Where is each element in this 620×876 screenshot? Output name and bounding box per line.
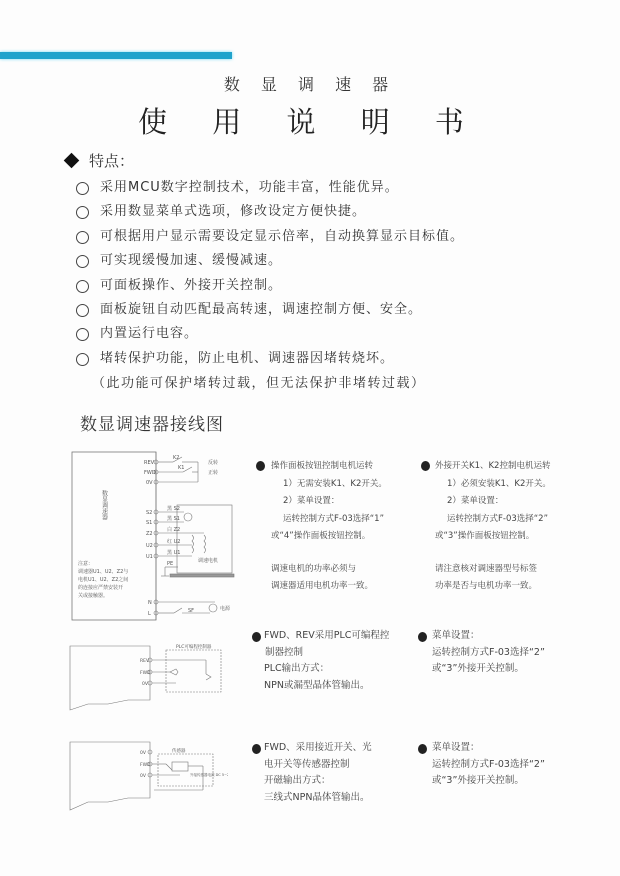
circle-bullet-icon: [76, 328, 89, 341]
svg-text:关或接触器。: 关或接触器。: [78, 592, 108, 599]
circle-bullet-icon: [76, 353, 89, 366]
wiring-diagram-main: REV FWD 0V S2 S1 Z2 U2 U1 N L K2 K1 反转 正…: [70, 450, 245, 625]
wiring-diagram-plc: REV FWD 0V PLC可编程控制器: [68, 640, 228, 715]
circle-bullet-icon: [76, 255, 89, 268]
svg-text:外接传感器电源 DC 5~24V: 外接传感器电源 DC 5~24V: [190, 772, 228, 777]
circle-bullet-icon: [76, 182, 89, 195]
plc-menu-settings: 菜单设置： 运转控制方式F-03选择“2” 或“3”外接开关控制。: [432, 628, 545, 678]
svg-text:REV: REV: [140, 658, 150, 664]
feature-note: （此功能可保护堵转过载，但无法保护非堵转过载）: [92, 372, 426, 391]
svg-text:正转: 正转: [208, 469, 218, 476]
feature-item: 可面板操作、外接开关控制。: [76, 276, 464, 300]
svg-text:REV: REV: [144, 460, 155, 466]
svg-text:K1: K1: [178, 465, 184, 471]
bullet-dot-icon: [418, 632, 427, 642]
svg-text:K2: K2: [173, 455, 179, 461]
svg-text:U1: U1: [146, 554, 153, 560]
doc-title: 使 用 说 明 书: [0, 100, 620, 141]
svg-text:电机U1、U2、Z2之间: 电机U1、U2、Z2之间: [78, 576, 128, 583]
svg-text:0V: 0V: [140, 750, 147, 756]
features-list: 采用MCU数字控制技术，功能丰富，性能优异。 采用数显菜单式选项，修改设定方便快…: [76, 178, 464, 373]
svg-text:反转: 反转: [208, 459, 218, 466]
circle-bullet-icon: [76, 231, 89, 244]
wiring-section-title: 数显调速器接线图: [80, 410, 224, 435]
svg-text:黑 S2: 黑 S2: [167, 505, 180, 512]
feature-item: 堵转保护功能，防止电机、调速器因堵转烧坏。: [76, 349, 464, 373]
mode-panel-instructions: 操作面板按钮控制电机运转 1）无需安装K1、K2开关。 2）菜单设置： 运转控制…: [271, 458, 387, 596]
sensor-description: FWD、采用接近开关、光 电开关等传感器控制 开磁输出方式： 三线式NPN晶体管…: [264, 740, 372, 806]
svg-text:传感器: 传感器: [172, 747, 186, 754]
svg-text:N: N: [148, 600, 152, 606]
svg-text:FWD: FWD: [140, 762, 151, 768]
bullet-dot-icon: [252, 632, 261, 642]
diamond-bullet-icon: [64, 153, 80, 169]
feature-item: 内置运行电容。: [76, 324, 464, 348]
feature-item: 采用数显菜单式选项，修改设定方便快捷。: [76, 202, 464, 226]
svg-text:S1: S1: [146, 520, 152, 526]
svg-text:调速电机: 调速电机: [198, 557, 218, 564]
bullet-dot-icon: [421, 461, 430, 471]
bullet-dot-icon: [418, 744, 427, 754]
wiring-diagram-sensor: 0V FWD 0V 传感器 外接传感器电源 DC 5~24V: [68, 738, 228, 813]
svg-text:FWD: FWD: [140, 670, 151, 676]
bullet-dot-icon: [256, 461, 265, 471]
svg-text:黑 U1: 黑 U1: [167, 549, 180, 556]
features-heading-label: 特点：: [89, 150, 134, 171]
doc-subtitle: 数 显 调 速 器: [0, 72, 620, 95]
bullet-dot-icon: [252, 744, 261, 754]
svg-text:注意：: 注意：: [78, 560, 93, 567]
svg-text:0V: 0V: [140, 773, 147, 779]
svg-text:的连接应严禁安装开: 的连接应严禁安装开: [78, 584, 123, 591]
svg-text:调速器U1、U2、Z2与: 调速器U1、U2、Z2与: [78, 568, 128, 575]
svg-text:电源: 电源: [220, 605, 231, 612]
circle-bullet-icon: [76, 304, 89, 317]
svg-text:S2: S2: [146, 510, 152, 516]
svg-text:U2: U2: [146, 543, 153, 549]
svg-text:黑 S1: 黑 S1: [167, 515, 180, 522]
svg-text:0V: 0V: [142, 681, 149, 687]
feature-item: 面板旋钮自动匹配最高转速，调速控制方便、安全。: [76, 300, 464, 324]
svg-text:0V: 0V: [146, 480, 153, 486]
mode-external-instructions: 外接开关K1、K2控制电机运转 1）必须安装K1、K2开关。 2）菜单设置： 运…: [435, 458, 551, 596]
svg-text:白 Z2: 白 Z2: [167, 526, 180, 533]
circle-bullet-icon: [76, 280, 89, 293]
svg-text:PE: PE: [167, 561, 173, 567]
circle-bullet-icon: [76, 206, 89, 219]
sensor-menu-settings: 菜单设置： 运转控制方式F-03选择“2” 或“3”外接开关控制。: [432, 740, 545, 790]
svg-text:L: L: [148, 611, 151, 617]
features-heading: 特点：: [64, 150, 134, 171]
accent-bar: [0, 52, 232, 59]
svg-text:红 U2: 红 U2: [167, 538, 180, 545]
svg-text:FWD: FWD: [144, 470, 156, 476]
svg-text:SF: SF: [188, 608, 194, 614]
feature-item: 采用MCU数字控制技术，功能丰富，性能优异。: [76, 178, 464, 202]
plc-description: FWD、REV采用PLC可编程控 制器控制 PLC输出方式： NPN或漏型晶体管…: [264, 628, 389, 694]
svg-text:Z2: Z2: [146, 531, 153, 537]
feature-item: 可实现缓慢加速、缓慢减速。: [76, 251, 464, 275]
svg-text:数显调速器: 数显调速器: [101, 489, 108, 521]
feature-item: 可根据用户显示需要设定显示倍率，自动换算显示目标值。: [76, 227, 464, 251]
svg-text:PLC可编程控制器: PLC可编程控制器: [176, 643, 212, 650]
